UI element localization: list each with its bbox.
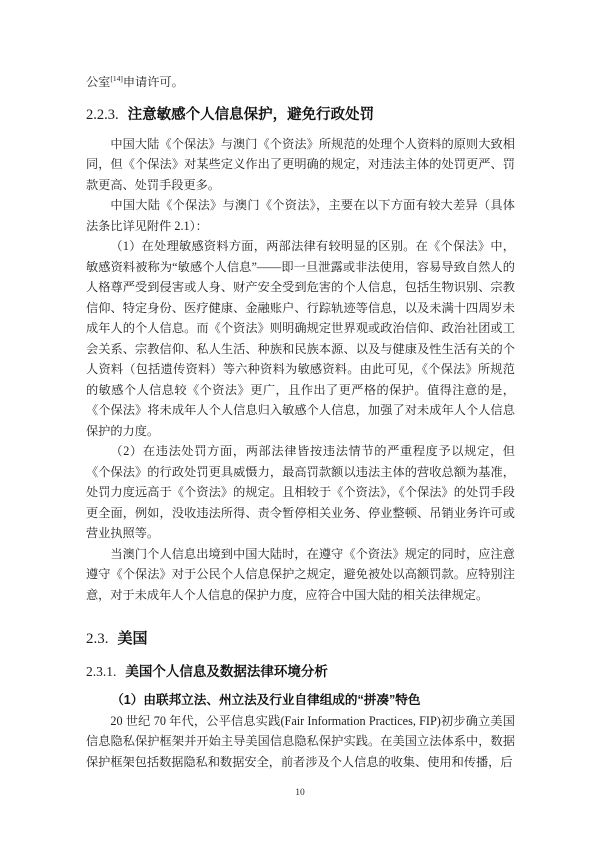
footnote-reference: [14] (110, 74, 123, 83)
body-paragraph: 中国大陆《个保法》与澳门《个资法》，主要在以下方面有较大差异（具体法条比详见附件… (86, 195, 515, 236)
page-number: 10 (295, 788, 305, 798)
section-number: 2.3.1. (86, 664, 116, 679)
body-paragraph: 中国大陆《个保法》与澳门《个资法》所规范的处理个人资料的原则大致相同，但《个保法… (86, 134, 515, 196)
section-title: 美国个人信息及数据法律环境分析 (125, 664, 328, 679)
continuation-text: 公室 (86, 75, 110, 89)
body-paragraph: （2）在违法处罚方面，两部法律皆按违法情节的严重程度予以规定，但《个保法》的行政… (86, 441, 515, 544)
continuation-paragraph: 公室[14]申请许可。 (86, 72, 515, 93)
section-heading-2-3-1: 2.3.1.美国个人信息及数据法律环境分析 (86, 661, 515, 682)
body-paragraph: 20 世纪 70 年代，公平信息实践(Fair Information Prac… (86, 711, 515, 773)
continuation-text-after: 申请许可。 (123, 75, 184, 89)
section-title: 注意敏感个人信息保护，避免行政处罚 (128, 107, 375, 123)
body-paragraph: 当澳门个人信息出境到中国大陆时，在遵守《个资法》规定的同时，应注意遵守《个保法》… (86, 544, 515, 606)
section-number: 2.2.3. (86, 107, 119, 123)
page-content: 公室[14]申请许可。 2.2.3.注意敏感个人信息保护，避免行政处罚 中国大陆… (0, 0, 600, 772)
body-paragraph: （1）在处理敏感资料方面，两部法律有较明显的区别。在《个保法》中，敏感资料被称为… (86, 236, 515, 441)
section-number: 2.3. (86, 631, 109, 647)
section-heading-2-3: 2.3.美国 (86, 627, 515, 651)
bold-subheading: （1）由联邦立法、州立法及行业自律组成的“拼凑”特色 (86, 690, 515, 711)
section-heading-2-2-3: 2.2.3.注意敏感个人信息保护，避免行政处罚 (86, 105, 515, 126)
section-title: 美国 (118, 630, 148, 647)
page-footer: 10 (0, 788, 600, 798)
document-page: 公室[14]申请许可。 2.2.3.注意敏感个人信息保护，避免行政处罚 中国大陆… (0, 0, 600, 848)
